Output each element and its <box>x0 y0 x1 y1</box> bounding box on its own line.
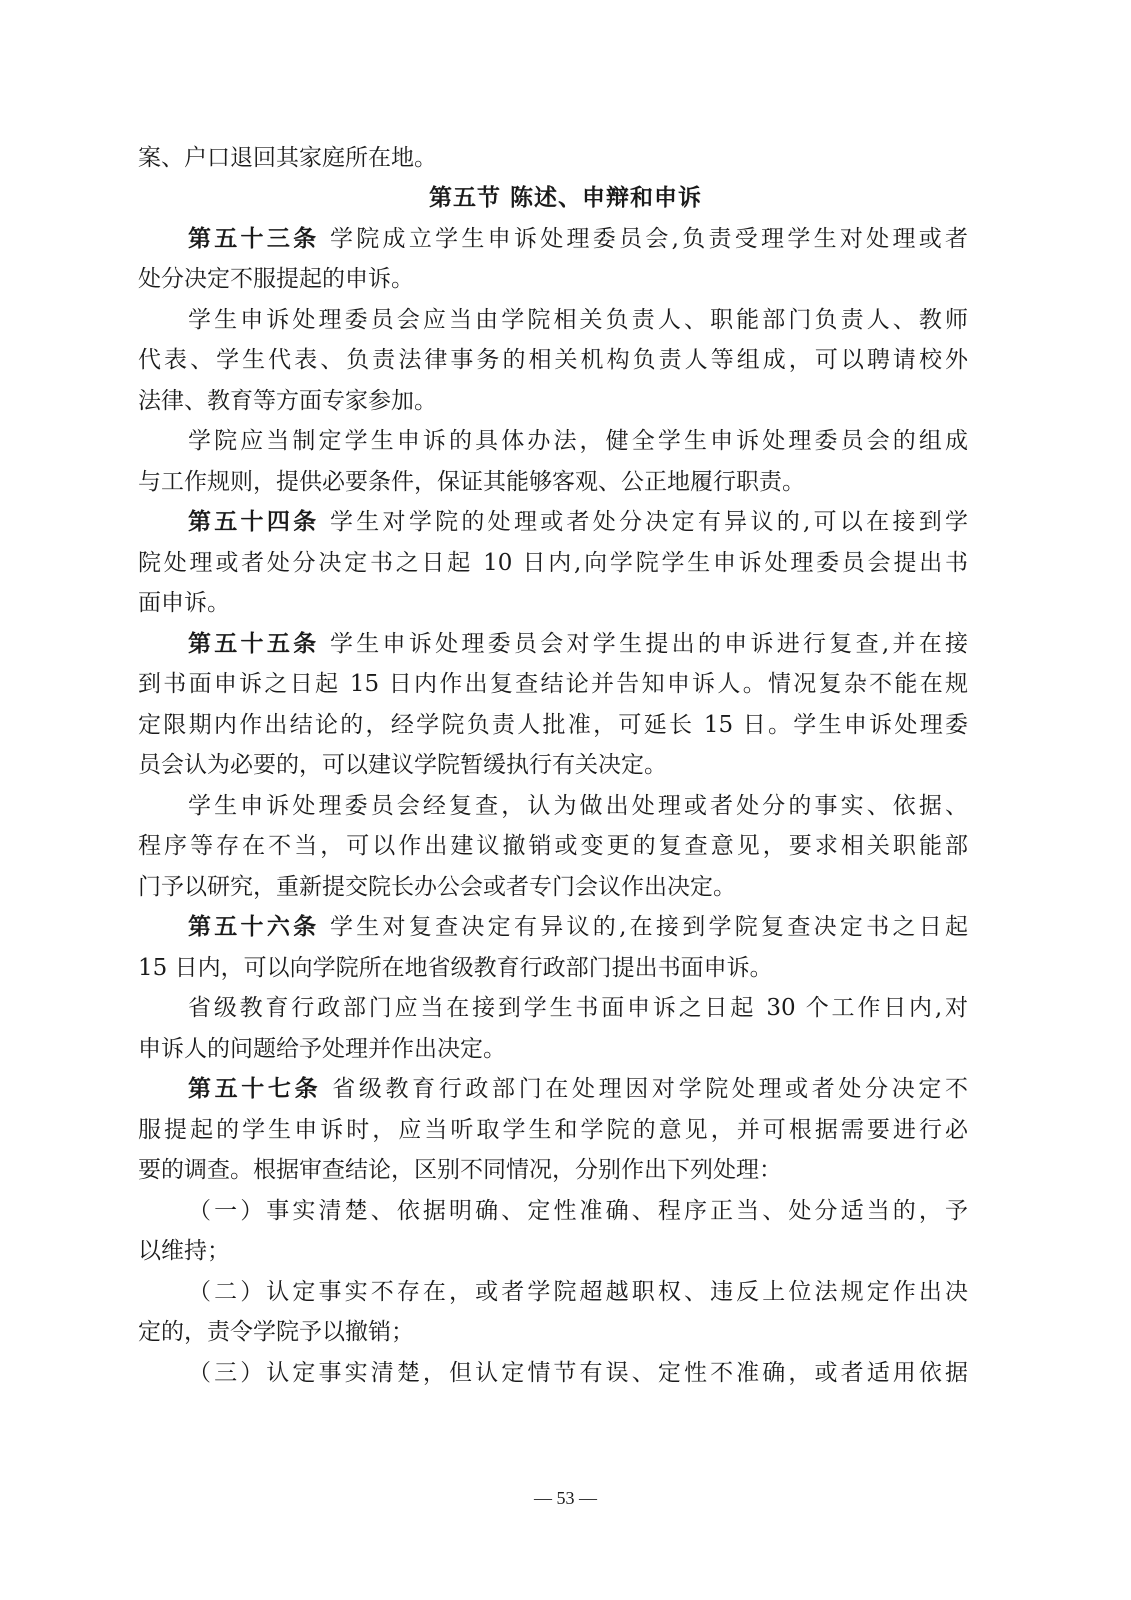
article-number: 第五十六条 <box>188 914 319 940</box>
text-line: 员会认为必要的，可以建议学院暂缓执行有关决定。 <box>138 745 968 785</box>
text-line: 学院应当制定学生申诉的具体办法，健全学生申诉处理委员会的组成 <box>188 421 968 461</box>
text-line: 院处理或者处分决定书之日起 10 日内,向学院学生申诉处理委员会提出书 <box>138 543 968 583</box>
article-number: 第五十七条 <box>188 1076 321 1102</box>
list-item-1-line: （一）事实清楚、依据明确、定性准确、程序正当、处分适当的，予 <box>188 1191 968 1231</box>
text-line: 要的调查。根据审查结论，区别不同情况，分别作出下列处理： <box>138 1150 968 1190</box>
page-number: — 53 — <box>0 1488 1131 1509</box>
text-line: 代表、学生代表、负责法律事务的相关机构负责人等组成，可以聘请校外 <box>138 340 968 380</box>
text-line: 服提起的学生申诉时，应当听取学生和学院的意见，并可根据需要进行必 <box>138 1110 968 1150</box>
text-line: 程序等存在不当，可以作出建议撤销或变更的复查意见，要求相关职能部 <box>138 826 968 866</box>
article-53-line: 第五十三条 学院成立学生申诉处理委员会,负责受理学生对处理或者 <box>188 219 968 259</box>
list-item-3-line: （三）认定事实清楚，但认定情节有误、定性不准确，或者适用依据 <box>188 1353 968 1393</box>
line-text: 处分决定不服提起的申诉。 <box>138 266 414 292</box>
text-line: 与工作规则，提供必要条件，保证其能够客观、公正地履行职责。 <box>138 462 968 502</box>
text-line: 省级教育行政部门应当在接到学生书面申诉之日起 30 个工作日内,对 <box>188 988 968 1028</box>
article-number: 第五十三条 <box>188 226 319 252</box>
line-text: 学生申诉处理委员会对学生提出的申诉进行复查,并在接 <box>319 631 968 657</box>
article-56-line: 第五十六条 学生对复查决定有异议的,在接到学院复查决定书之日起 <box>188 907 968 947</box>
text-line: 15 日内，可以向学院所在地省级教育行政部门提出书面申诉。 <box>138 948 968 988</box>
article-number: 第五十五条 <box>188 631 319 657</box>
text-line: 以维持； <box>138 1231 968 1271</box>
text-line: 门予以研究，重新提交院长办公会或者专门会议作出决定。 <box>138 867 968 907</box>
article-57-line: 第五十七条 省级教育行政部门在处理因对学院处理或者处分决定不 <box>188 1069 968 1109</box>
text-line: 处分决定不服提起的申诉。 <box>138 259 968 299</box>
text-line: 学生申诉处理委员会应当由学院相关负责人、职能部门负责人、教师 <box>188 300 968 340</box>
article-number: 第五十四条 <box>188 509 319 535</box>
line-text: 案、户口退回其家庭所在地。 <box>138 145 437 171</box>
text-line: 学生申诉处理委员会经复查，认为做出处理或者处分的事实、依据、 <box>188 786 968 826</box>
text-line: 面申诉。 <box>138 583 968 623</box>
text-line: 申诉人的问题给予处理并作出决定。 <box>138 1029 968 1069</box>
list-item-2-line: （二）认定事实不存在，或者学院超越职权、违反上位法规定作出决 <box>188 1272 968 1312</box>
text-line: 定限期内作出结论的，经学院负责人批准，可延长 15 日。学生申诉处理委 <box>138 705 968 745</box>
line-text: 学生对学院的处理或者处分决定有异议的,可以在接到学 <box>319 509 968 535</box>
article-55-line: 第五十五条 学生申诉处理委员会对学生提出的申诉进行复查,并在接 <box>188 624 968 664</box>
text-line: 定的，责令学院予以撤销； <box>138 1312 968 1352</box>
line-text: 学生对复查决定有异议的,在接到学院复查决定书之日起 <box>319 914 968 940</box>
article-54-line: 第五十四条 学生对学院的处理或者处分决定有异议的,可以在接到学 <box>188 502 968 542</box>
line-text: 学院成立学生申诉处理委员会,负责受理学生对处理或者 <box>319 226 968 252</box>
line-text: 省级教育行政部门在处理因对学院处理或者处分决定不 <box>321 1076 968 1102</box>
section-heading: 第五节 陈述、申辩和申诉 <box>0 178 1131 218</box>
text-line: 案、户口退回其家庭所在地。 <box>138 138 968 178</box>
text-line: 法律、教育等方面专家参加。 <box>138 381 968 421</box>
document-page: 案、户口退回其家庭所在地。 第五节 陈述、申辩和申诉 第五十三条 学院成立学生申… <box>0 0 1131 1600</box>
text-line: 到书面申诉之日起 15 日内作出复查结论并告知申诉人。情况复杂不能在规 <box>138 664 968 704</box>
